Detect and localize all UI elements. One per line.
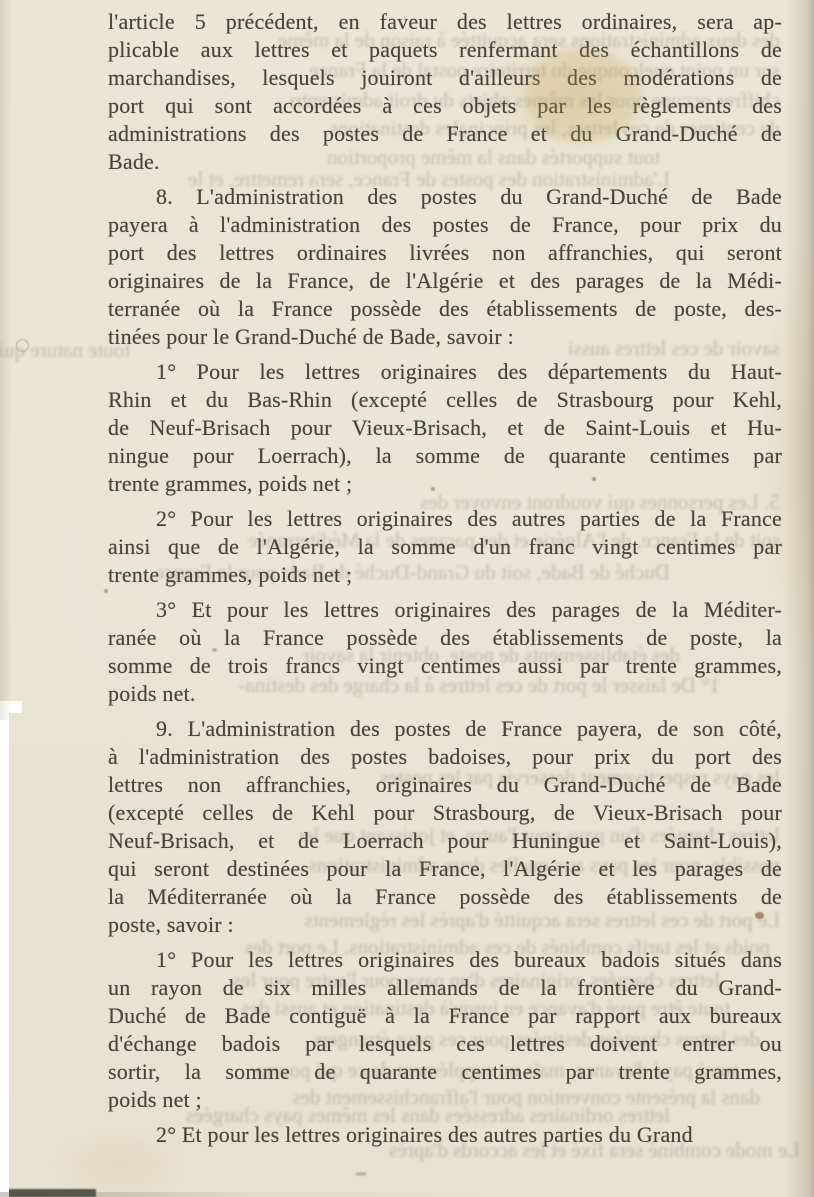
- paragraph: 9. L'administration des postes de France…: [108, 715, 782, 939]
- text-line: payera à l'administration des postes de …: [108, 211, 782, 239]
- text-line: 1° Pour les lettres originaires des dépa…: [108, 358, 782, 386]
- text-line: trente grammes, poids net ;: [108, 561, 782, 589]
- scanner-edge-artifact: [0, 701, 9, 1197]
- text-line: d'échange badois par lesquels ces lettre…: [108, 1030, 782, 1058]
- dot-mark: [212, 648, 217, 652]
- text-line: ningue pour Loerrach), la somme de quara…: [108, 442, 782, 470]
- text-line: plicable aux lettres et paquets renferma…: [108, 36, 782, 64]
- text-line: 3° Et pour les lettres originaires des p…: [108, 596, 782, 624]
- paragraph: 2° Et pour les lettres originaires des a…: [108, 1121, 782, 1149]
- text-line: port des lettres ordinaires livrées non …: [108, 239, 782, 267]
- paragraph: 8. L'administration des postes du Grand-…: [108, 183, 782, 351]
- text-line: 2° Et pour les lettres originaires des a…: [108, 1121, 782, 1149]
- text-line: l'article 5 précédent, en faveur des let…: [108, 8, 782, 36]
- text-line: tinées pour le Grand-Duché de Bade, savo…: [108, 323, 782, 351]
- text-line: poids net ;: [108, 1086, 782, 1114]
- text-line: 8. L'administration des postes du Grand-…: [108, 183, 782, 211]
- paragraph: l'article 5 précédent, en faveur des let…: [108, 8, 782, 176]
- text-line: somme de trois francs vingt centimes aus…: [108, 652, 782, 680]
- text-line: ranée où la France possède des établisse…: [108, 624, 782, 652]
- bottom-page-edge-shadow: [0, 1192, 814, 1197]
- text-line: Duché de Bade contiguë à la France par r…: [108, 1002, 782, 1030]
- text-line: terranée où la France possède des établi…: [108, 295, 782, 323]
- paragraph: 1° Pour les lettres originaires des bure…: [108, 946, 782, 1114]
- text-line: qui seront destinées pour la France, l'A…: [108, 855, 782, 883]
- text-line: un rayon de six milles allemands de la f…: [108, 974, 782, 1002]
- paragraph: 1° Pour les lettres originaires des dépa…: [108, 358, 782, 498]
- text-line: administrations des postes de France et …: [108, 120, 782, 148]
- left-page-edge-shadow: [0, 0, 12, 720]
- text-line: 1° Pour les lettres originaires des bure…: [108, 946, 782, 974]
- text-line: 2° Pour les lettres originaires des autr…: [108, 505, 782, 533]
- text-line: marchandises, lesquels jouiront d'ailleu…: [108, 64, 782, 92]
- text-line: poste, savoir :: [108, 911, 782, 939]
- text-line: poids net.: [108, 680, 782, 708]
- dot-mark: [104, 589, 108, 593]
- text-line: sortir, la somme de quarante centimes pa…: [108, 1058, 782, 1086]
- dot-mark: [592, 477, 596, 481]
- text-line: trente grammes, poids net ;: [108, 470, 782, 498]
- text-line: originaires de la France, de l'Algérie e…: [108, 267, 782, 295]
- paragraph: 3° Et pour les lettres originaires des p…: [108, 596, 782, 708]
- dot-mark: [431, 487, 435, 491]
- scanned-document-page: { "page": { "width": 814, "height": 1197…: [0, 0, 814, 1197]
- text-line: la Méditerranée où la France possède des…: [108, 883, 782, 911]
- text-line: Neuf-Brisach, et de Loerrach pour Huning…: [108, 827, 782, 855]
- dot-mark: [355, 1172, 367, 1176]
- text-line: port qui sont accordées à ces objets par…: [108, 92, 782, 120]
- text-line: à l'administration des postes badoises, …: [108, 743, 782, 771]
- text-line: Bade.: [108, 148, 782, 176]
- text-line: de Neuf-Brisach pour Vieux-Brisach, et d…: [108, 414, 782, 442]
- stain-mark: [525, 48, 640, 143]
- ring-mark: [16, 339, 29, 352]
- paragraph: 2° Pour les lettres originaires des autr…: [108, 505, 782, 589]
- document-text-column: l'article 5 précédent, en faveur des let…: [108, 8, 782, 1149]
- text-line: lettres non affranchies, originaires du …: [108, 771, 782, 799]
- text-line: Rhin et du Bas-Rhin (excepté celles de S…: [108, 386, 782, 414]
- text-line: (excepté celles de Kehl pour Strasbourg,…: [108, 799, 782, 827]
- dot-mark: [755, 912, 764, 919]
- text-line: ainsi que de l'Algérie, la somme d'un fr…: [108, 533, 782, 561]
- right-page-edge-shadow: [784, 0, 814, 1197]
- text-line: 9. L'administration des postes de France…: [108, 715, 782, 743]
